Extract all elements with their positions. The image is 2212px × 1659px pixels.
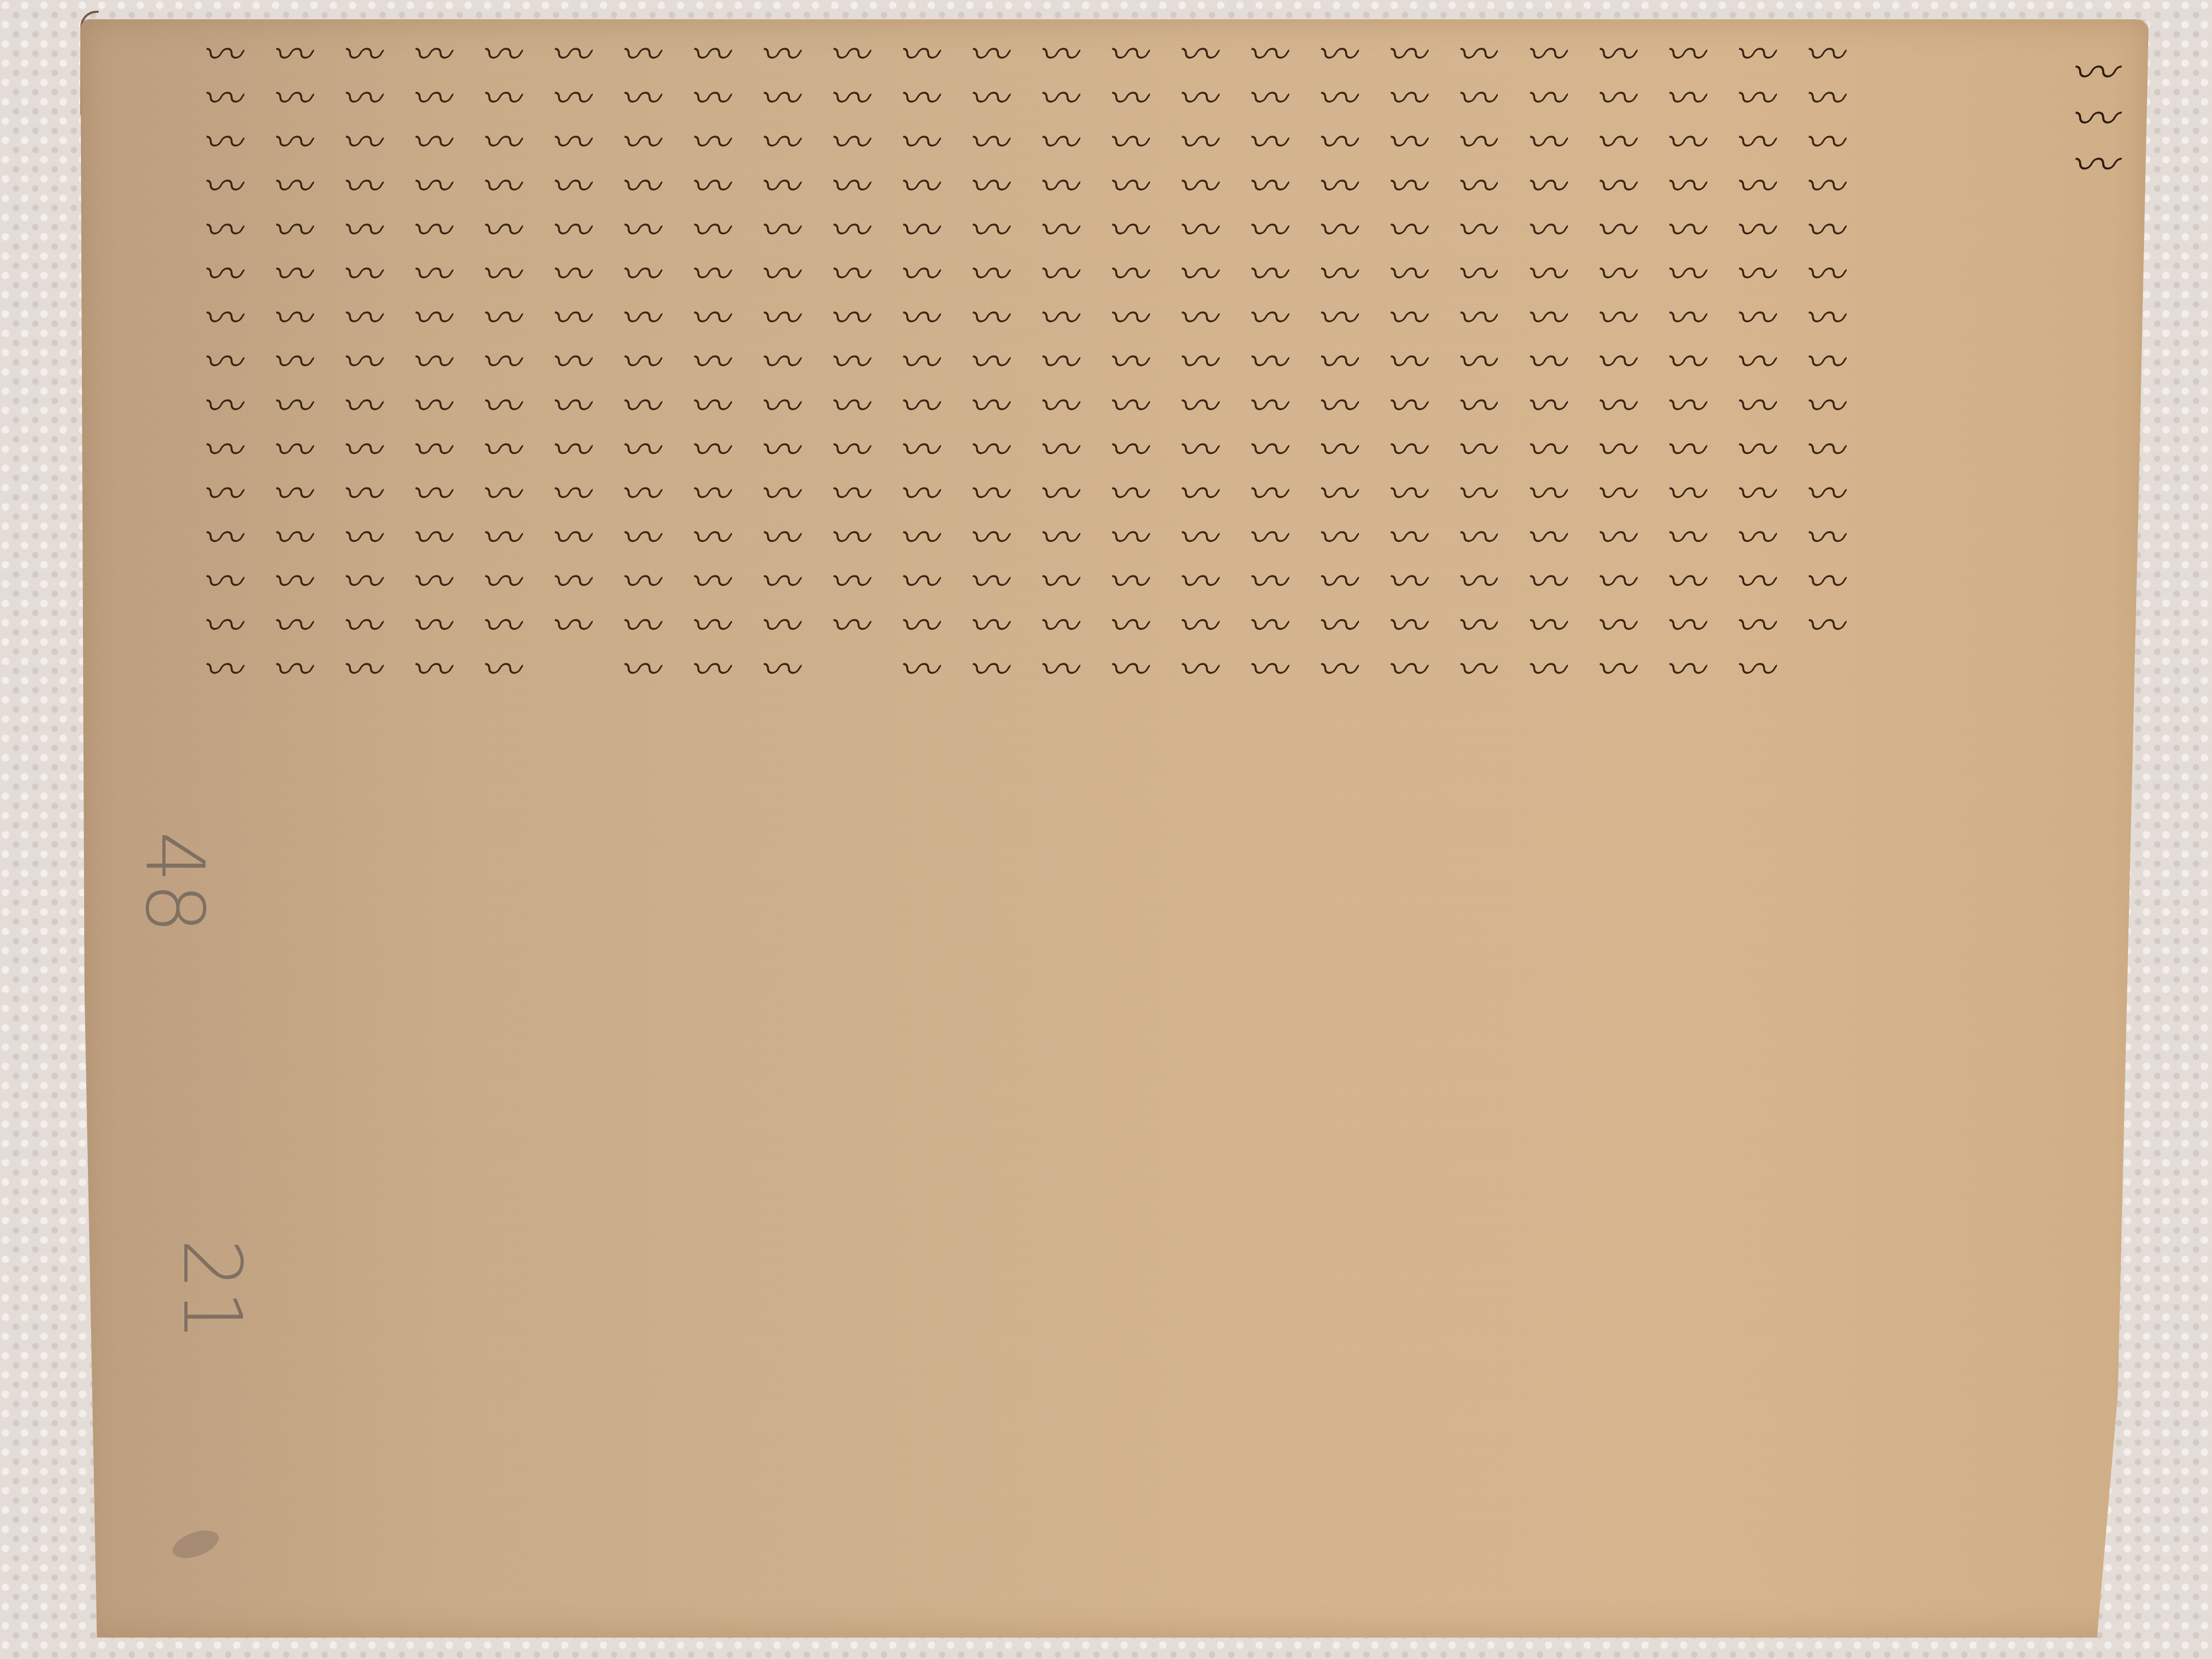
handwritten-line: 〰〰〰〰〰〰〰〰〰〰〰〰〰〰〰 xyxy=(263,32,314,916)
handwritten-line: 〰〰〰〰〰〰〰〰〰〰〰〰〰〰 xyxy=(820,32,871,916)
handwritten-line: 〰〰〰〰〰〰〰〰〰〰〰〰〰〰 xyxy=(541,32,593,916)
handwritten-line: 〰〰〰〰〰〰〰〰〰〰〰〰〰〰〰 xyxy=(1168,32,1220,916)
handwritten-line: 〰〰〰〰〰〰〰〰〰〰〰〰〰〰〰 xyxy=(959,32,1011,916)
handwritten-line: 〰〰〰〰〰〰〰〰〰〰〰〰〰〰〰 xyxy=(402,32,453,916)
handwritten-line: 〰〰〰〰〰〰〰〰〰〰〰〰〰〰〰 xyxy=(1656,32,1707,916)
handwritten-line: 〰〰〰〰〰〰〰〰〰〰〰〰〰〰〰 xyxy=(1586,32,1638,916)
folio-number-21: 21 xyxy=(165,1239,258,1341)
handwritten-line: 〰〰〰〰〰〰〰〰〰〰〰〰〰〰〰 xyxy=(472,32,523,916)
handwritten-line: 〰〰〰〰〰〰〰〰〰〰〰〰〰〰〰 xyxy=(1029,32,1080,916)
handwritten-line: 〰〰〰〰〰〰〰〰〰〰〰〰〰〰〰 xyxy=(193,32,244,916)
handwritten-line: 〰〰〰〰〰〰〰〰〰〰〰〰〰〰〰 xyxy=(750,32,802,916)
handwritten-line: 〰〰〰〰〰〰〰〰〰〰〰〰〰〰〰 xyxy=(890,32,941,916)
handwritten-line: 〰〰〰〰〰〰〰〰〰〰〰〰〰〰〰 xyxy=(1516,32,1568,916)
handwritten-line: 〰〰〰〰〰〰〰〰〰〰〰〰〰〰〰 xyxy=(1307,32,1359,916)
handwritten-line: 〰〰〰〰〰〰〰〰〰〰〰〰〰〰〰 xyxy=(332,32,384,916)
handwritten-line: 〰〰〰〰〰〰〰〰〰〰〰〰〰〰〰 xyxy=(1447,32,1498,916)
handwritten-line: 〰〰〰〰〰〰〰〰〰〰〰〰〰〰〰 xyxy=(1377,32,1429,916)
handwritten-line: 〰〰〰〰〰〰〰〰〰〰〰〰〰〰〰 xyxy=(681,32,732,916)
handwritten-line: 〰〰〰〰〰〰〰〰〰〰〰〰〰〰〰 xyxy=(1725,32,1777,916)
handwritten-line: 〰〰〰〰〰〰〰〰〰〰〰〰〰〰 xyxy=(1795,32,1847,916)
handwritten-line: 〰〰〰〰〰〰〰〰〰〰〰〰〰〰〰 xyxy=(611,32,662,916)
signature: 〰〰〰 xyxy=(2074,48,2122,188)
handwritten-line: 〰〰〰〰〰〰〰〰〰〰〰〰〰〰〰 xyxy=(1238,32,1289,916)
handwritten-text-block: 〰〰〰〰〰〰〰〰〰〰〰〰〰〰〰 〰〰〰〰〰〰〰〰〰〰〰〰〰〰〰 〰〰〰〰〰〰〰〰… xyxy=(193,32,2176,943)
handwritten-line: 〰〰〰〰〰〰〰〰〰〰〰〰〰〰〰 xyxy=(1098,32,1150,916)
